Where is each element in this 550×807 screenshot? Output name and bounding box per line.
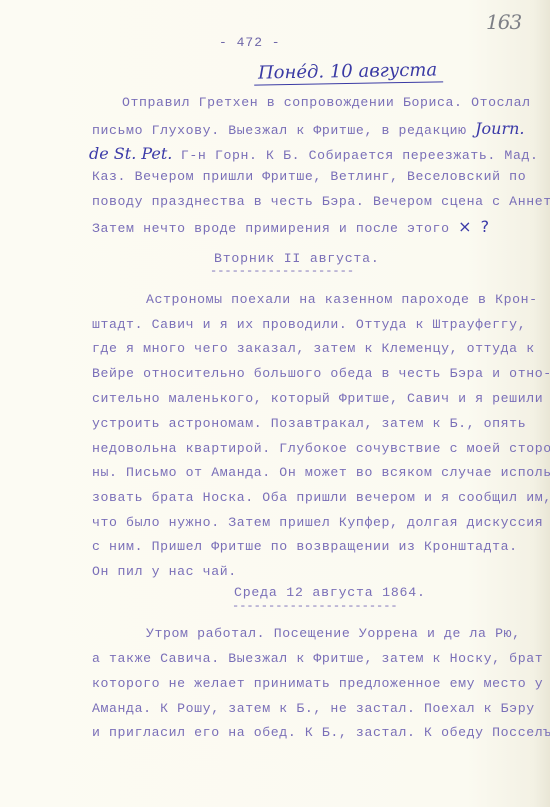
text-line: Каз. Вечером пришли Фритше, Ветлинг, Вес… [92, 169, 526, 184]
document-page: 163 - 472 - Поне́д. 10 августа Отправил … [0, 0, 550, 807]
handwritten-cross-mark: × ? [458, 217, 491, 236]
text-line: Вейре относительно большого обеда в чест… [92, 366, 550, 381]
text-line: с ним. Пришел Фритше по возвращении из К… [92, 539, 518, 554]
heading-underline: ----------------------- [232, 599, 398, 613]
text-line: Астрономы поехали на казенном пароходе в… [146, 292, 538, 307]
text-line: зовать брата Носка. Оба пришли вечером и… [92, 490, 550, 505]
text-line: и пригласил его на обед. К Б., застал. К… [92, 725, 550, 740]
text-line: Затем нечто вроде примирения и после это… [92, 217, 491, 236]
text-line: Отправил Гретхен в сопровождении Бориса.… [122, 95, 531, 110]
typed-text: Г-н Горн. К Б. Собирается переезжать. Ма… [172, 148, 538, 163]
text-line: ны. Письмо от Аманда. Он может во всяком… [92, 465, 550, 480]
text-line: поводу празднества в честь Бэра. Вечером… [92, 194, 550, 209]
text-line: Аманда. К Рошу, затем к Б., не застал. П… [92, 701, 535, 716]
typed-text: письмо Глухову. Выезжал к Фритше, в реда… [92, 123, 475, 138]
text-line: письмо Глухову. Выезжал к Фритше, в реда… [92, 119, 525, 138]
handwritten-annotation: de St. Pet. [89, 144, 172, 163]
text-line: недовольна квартирой. Глубокое сочувстви… [92, 441, 550, 456]
text-line: а также Савича. Выезжал к Фритше, затем … [92, 651, 543, 666]
text-line: Он пил у нас чай. [92, 564, 237, 579]
text-line: устроить астрономам. Позавтракал, затем … [92, 416, 526, 431]
handwritten-annotation: Journ. [475, 119, 524, 138]
text-line: штадт. Савич и я их проводили. Оттуда к … [92, 317, 526, 332]
text-line: de St. Pet. Г-н Горн. К Б. Собирается пе… [89, 144, 538, 163]
entry-date-heading: Среда 12 августа 1864. [234, 585, 426, 600]
typed-text: Затем нечто вроде примирения и после это… [92, 221, 458, 236]
text-line: Утром работал. Посещение Уоррена и де ла… [146, 626, 521, 641]
heading-underline: -------------------- [210, 264, 354, 278]
text-line: что было нужно. Затем пришел Купфер, дол… [92, 515, 543, 530]
text-line: сительно маленького, который Фритше, Сав… [92, 391, 543, 406]
archive-folio-number: 163 [486, 10, 521, 34]
text-line: где я много чего заказал, затем к Клемен… [92, 341, 535, 356]
text-line: которого не желает принимать предложенно… [92, 676, 543, 691]
entry-date-heading-handwritten: Поне́д. 10 августа [254, 59, 444, 85]
page-number: - 472 - [219, 35, 281, 50]
